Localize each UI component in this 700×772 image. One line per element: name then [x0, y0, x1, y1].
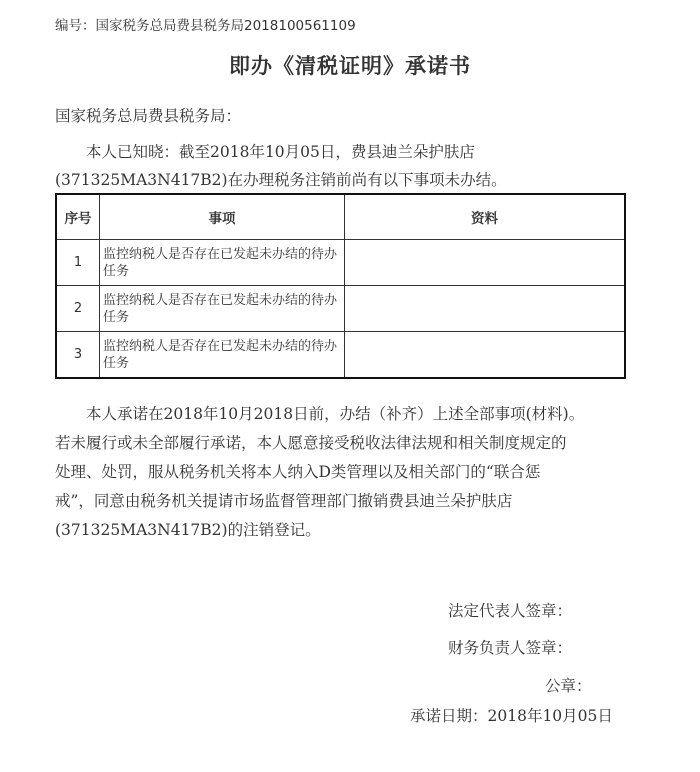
document-serial-number: 编号：国家税务总局费县税务局2018100561109: [55, 14, 356, 34]
official-seal-label: 公章：: [545, 674, 592, 696]
addressee: 国家税务总局费县税务局：: [55, 104, 241, 126]
table-row: 1 监控纳税人是否存在已发起未办结的待办任务: [56, 240, 625, 286]
intro-line-2: (371325MA3N417B2)在办理税务注销前尚有以下事项未办结。: [55, 168, 507, 190]
row-number: 1: [56, 240, 100, 286]
table-header-row: 序号 事项 资料: [56, 194, 625, 240]
commitment-line-5: (371325MA3N417B2)的注销登记。: [55, 518, 321, 540]
commitment-line-2: 若未履行或未全部履行承诺，本人愿意接受税收法律法规和相关制度规定的: [55, 431, 567, 453]
row-item: 监控纳税人是否存在已发起未办结的待办任务: [100, 240, 345, 286]
intro-line-1: 本人已知晓：截至2018年10月05日，费县迪兰朵护肤店: [86, 140, 475, 162]
commitment-line-1: 本人承诺在2018年10月2018日前，办结（补齐）上述全部事项(材料)。: [86, 402, 584, 424]
row-number: 3: [56, 332, 100, 379]
table-row: 2 监控纳税人是否存在已发起未办结的待办任务: [56, 286, 625, 332]
legal-representative-signature-label: 法定代表人签章：: [448, 599, 572, 621]
row-number: 2: [56, 286, 100, 332]
row-material: [345, 332, 626, 379]
column-header-no: 序号: [56, 194, 100, 240]
document-title: 即办《清税证明》承诺书: [0, 50, 700, 80]
column-header-material: 资料: [345, 194, 626, 240]
commitment-line-4: 戒”，同意由税务机关提请市场监督管理部门撤销费县迪兰朵护肤店: [55, 489, 512, 511]
commitment-line-3: 处理、处罚，服从税务机关将本人纳入D类管理以及相关部门的“联合惩: [55, 460, 540, 482]
finance-head-signature-label: 财务负责人签章：: [448, 636, 572, 658]
pending-items-table: 序号 事项 资料 1 监控纳税人是否存在已发起未办结的待办任务 2 监控纳税人是…: [55, 193, 626, 379]
commitment-date: 承诺日期：2018年10月05日: [410, 704, 613, 726]
row-item: 监控纳税人是否存在已发起未办结的待办任务: [100, 286, 345, 332]
table-row: 3 监控纳税人是否存在已发起未办结的待办任务: [56, 332, 625, 379]
column-header-item: 事项: [100, 194, 345, 240]
row-material: [345, 286, 626, 332]
row-item: 监控纳税人是否存在已发起未办结的待办任务: [100, 332, 345, 379]
row-material: [345, 240, 626, 286]
